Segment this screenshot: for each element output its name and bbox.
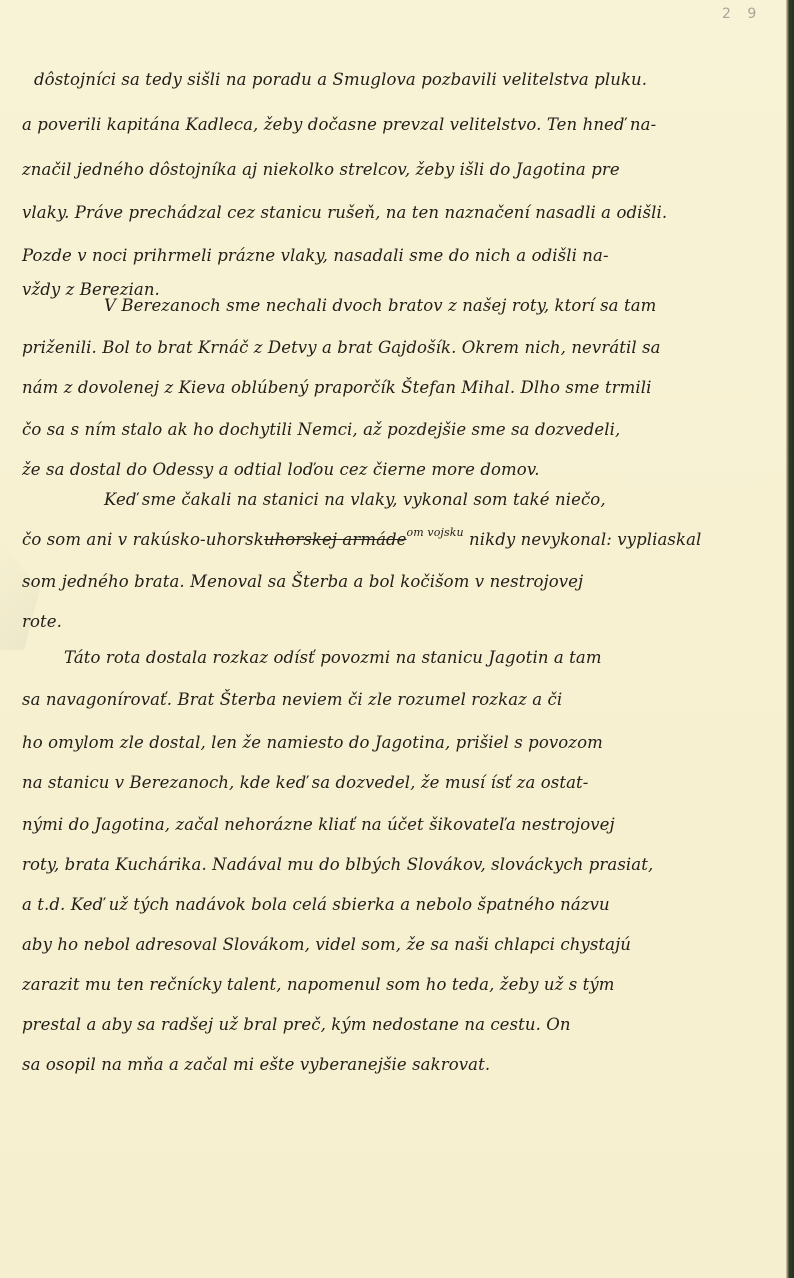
text-line: dôstojníci sa tedy sišli na poradu a Smu…	[34, 70, 647, 89]
text-line: ho omylom zle dostal, len že namiesto do…	[22, 733, 603, 752]
text-line: Keď sme čakali na stanici na vlaky, vyko…	[104, 490, 606, 509]
text-line: čo sa s ním stalo ak ho dochytili Nemci,…	[22, 420, 620, 439]
text-line: značil jedného dôstojníka aj niekolko st…	[22, 160, 620, 179]
text-line: nými do Jagotina, začal nehorázne kliať …	[22, 815, 615, 834]
text-before-correction: čo som ani v rakúsko-uhorsk	[22, 530, 264, 549]
scan-edge-border	[786, 0, 794, 1278]
struck-text: uhorskej armáde	[264, 530, 407, 549]
text-line: čo som ani v rakúsko-uhorskuhorskej armá…	[22, 530, 701, 549]
paper-fold-crease	[0, 540, 40, 650]
text-after-correction: nikdy nevykonal: vypliaskal	[464, 530, 702, 549]
text-line: Pozde v noci prihrmeli prázne vlaky, nas…	[22, 246, 609, 265]
text-line: som jedného brata. Menoval sa Šterba a b…	[22, 572, 583, 591]
text-line: V Berezanoch sme nechali dvoch bratov z …	[104, 296, 656, 315]
text-line: roty, brata Kuchárika. Nadával mu do blb…	[22, 855, 653, 874]
manuscript-page: 2 9 dôstojníci sa tedy sišli na poradu a…	[0, 0, 786, 1278]
text-line: sa osopil na mňa a začal mi ešte vyberan…	[22, 1055, 490, 1074]
inserted-correction: om vojsku	[407, 526, 464, 539]
text-line: Táto rota dostala rozkaz odísť povozmi n…	[64, 648, 602, 667]
text-line: vlaky. Práve prechádzal cez stanicu ruše…	[22, 203, 667, 222]
text-line: a poverili kapitána Kadleca, žeby dočasn…	[22, 115, 656, 134]
text-line: sa navagonírovať. Brat Šterba neviem či …	[22, 690, 562, 709]
text-line: aby ho nebol adresoval Slovákom, videl s…	[22, 935, 631, 954]
text-line: rote.	[22, 612, 62, 631]
page-number: 2 9	[722, 6, 762, 22]
text-line: nám z dovolenej z Kieva oblúbený praporč…	[22, 378, 651, 397]
text-line: priženili. Bol to brat Krnáč z Detvy a b…	[22, 338, 661, 357]
text-line: zarazit mu ten rečnícky talent, napomenu…	[22, 975, 615, 994]
text-line: prestal a aby sa radšej už bral preč, ký…	[22, 1015, 571, 1034]
text-line: a t.d. Keď už tých nadávok bola celá sbi…	[22, 895, 610, 914]
text-line: že sa dostal do Odessy a odtial loďou ce…	[22, 460, 540, 479]
text-line: na stanicu v Berezanoch, kde keď sa dozv…	[22, 773, 588, 792]
